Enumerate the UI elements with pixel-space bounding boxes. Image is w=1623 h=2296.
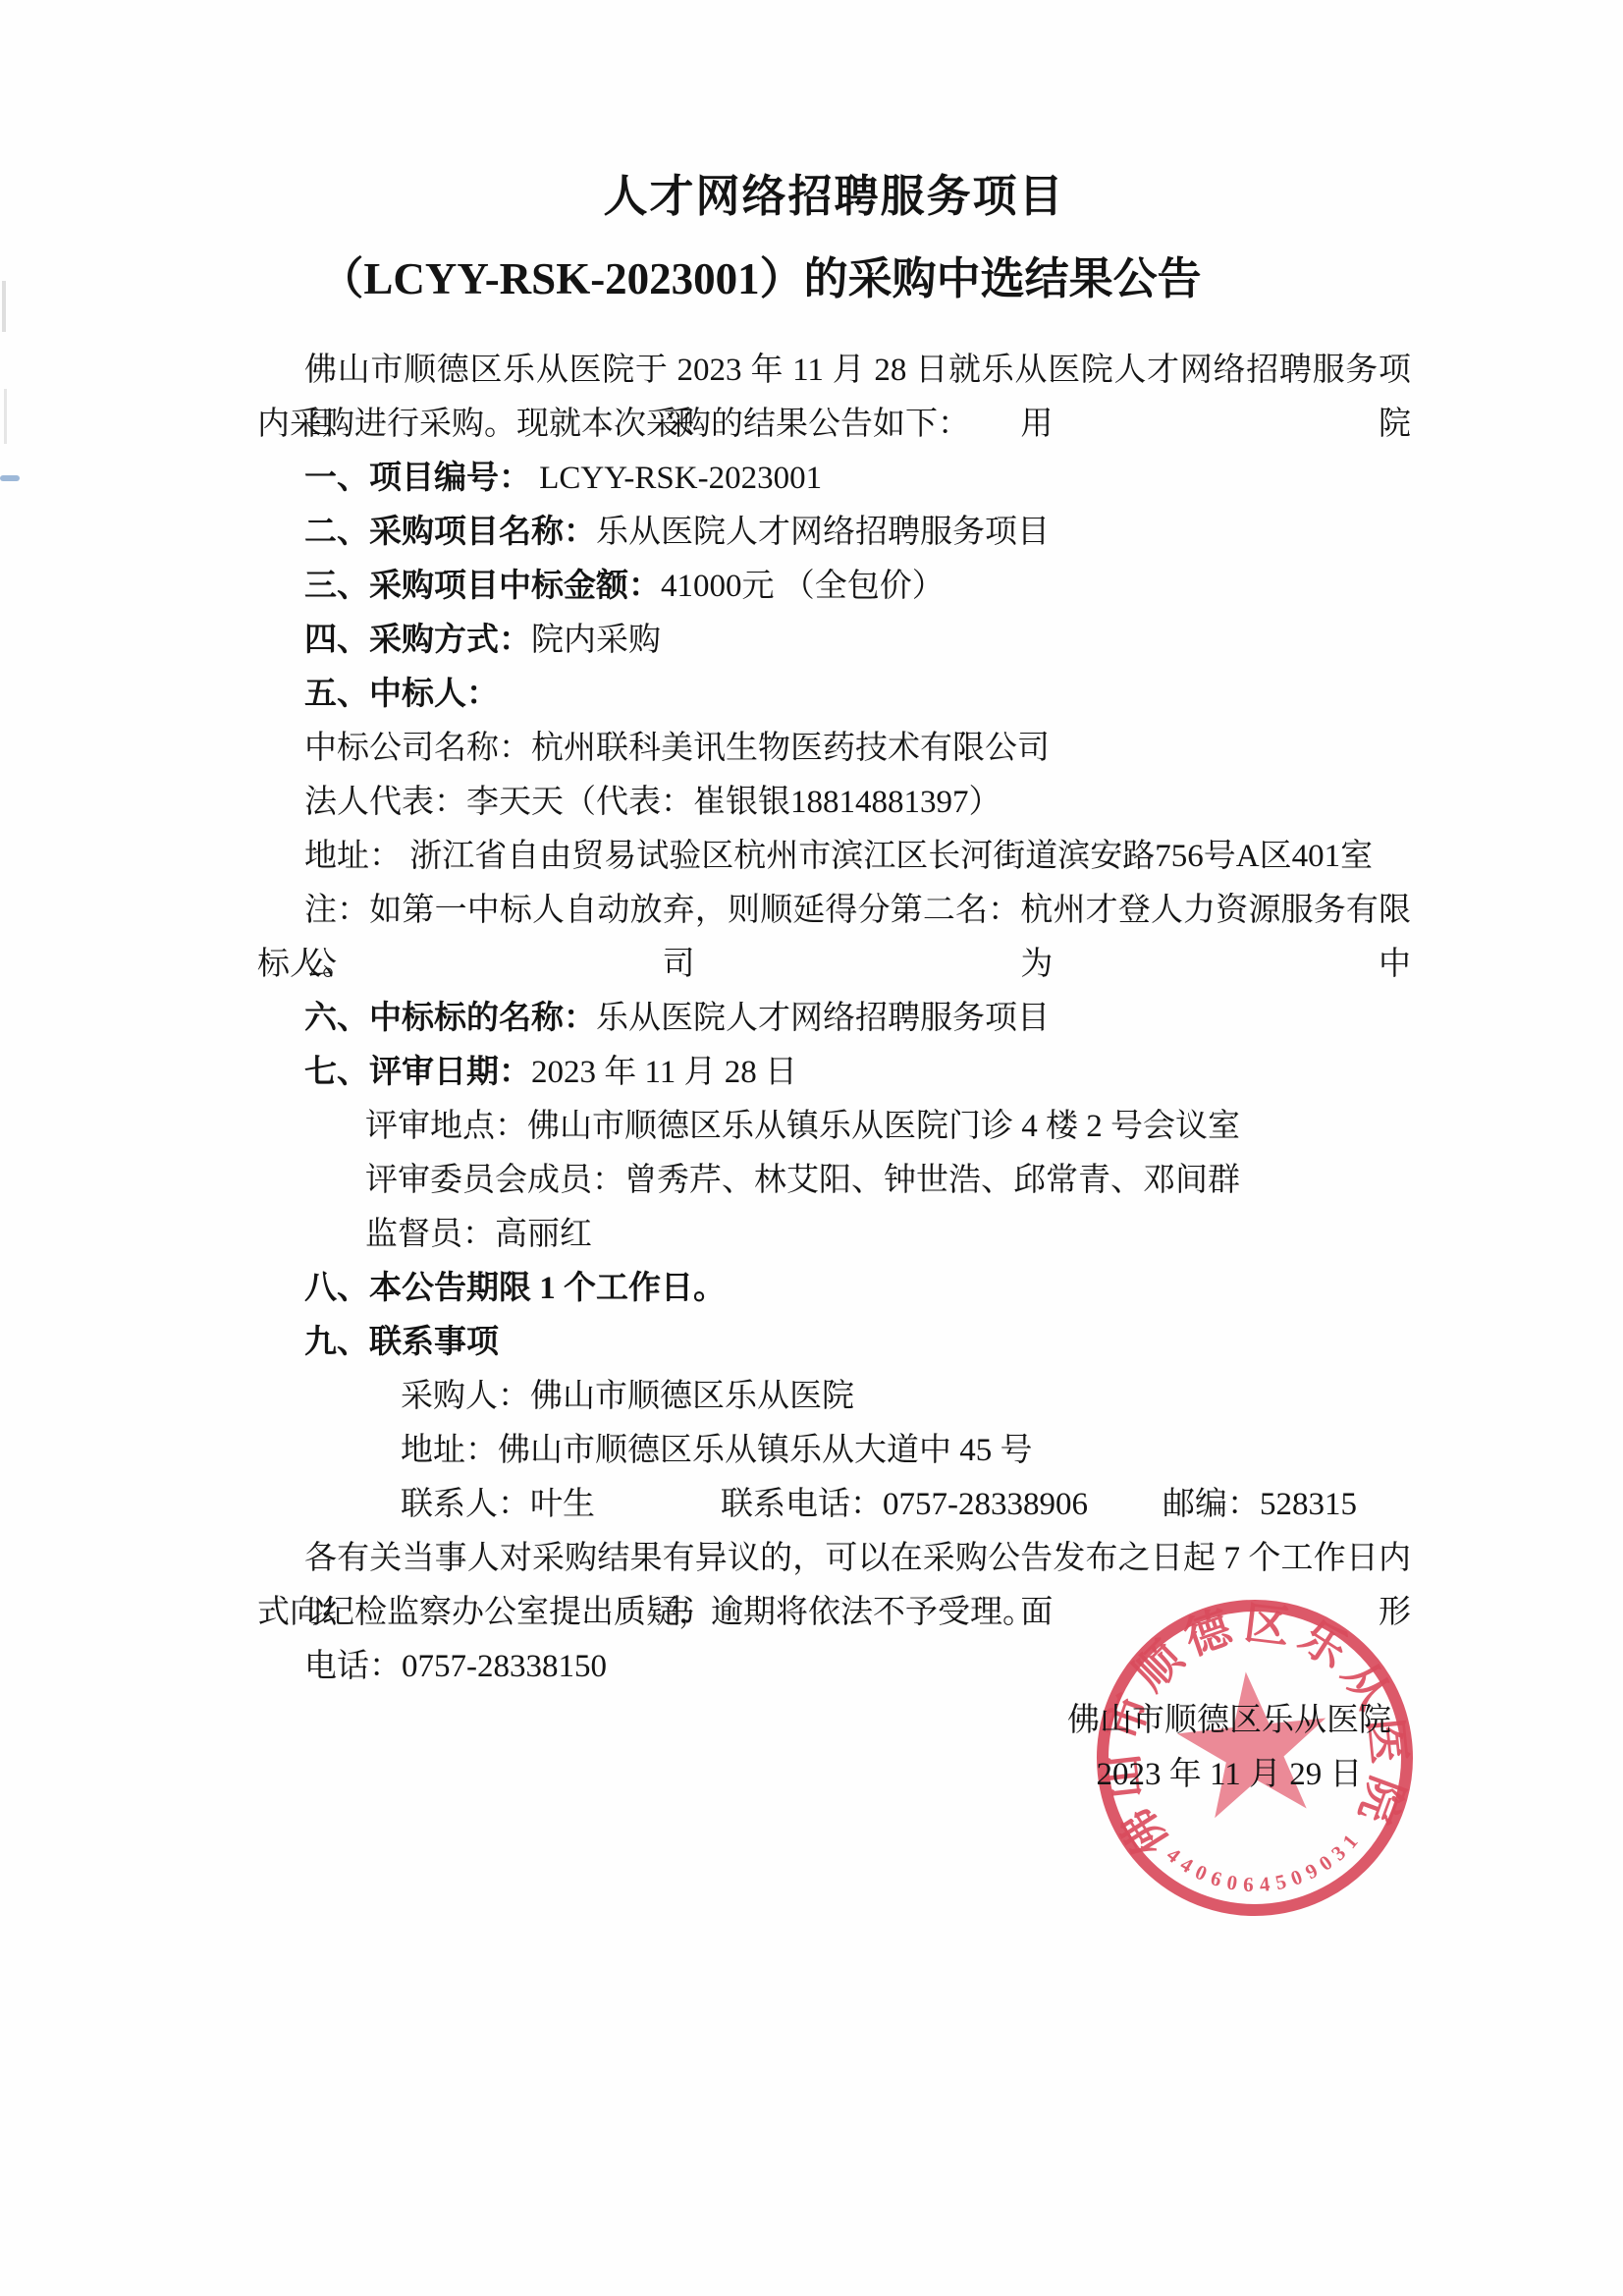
- item-award-subject: 六、中标标的名称：乐从医院人才网络招聘服务项目: [257, 992, 1411, 1046]
- document-body: 人才网络招聘服务项目 （LCYY-RSK-2023001）的采购中选结果公告 佛…: [257, 0, 1411, 1802]
- signature-block: 佛山市顺德区乐从医院 2023 年 11 月 29 日: [1053, 1694, 1406, 1802]
- document-page: 佛山市顺德区乐从医院 4406064509031 人才网络招聘服务项目 （LCY…: [0, 0, 1623, 2296]
- signature-date: 2023 年 11 月 29 日: [1053, 1748, 1406, 1802]
- document-text: 佛山市顺德区乐从医院于 2023 年 11 月 28 日就乐从医院人才网络招聘服…: [257, 344, 1411, 1802]
- supervisor-line: 监督员：高丽红: [257, 1208, 1411, 1262]
- dispute-line: 各有关当事人对采购结果有异议的，可以在采购公告发布之日起 7 个工作日内以书面形: [257, 1532, 1411, 1586]
- text: 注：如第一中标人自动放弃，则顺延得分第二名：杭州才登人力资源服务有限公司为中: [304, 893, 1411, 982]
- text: 监督员：高丽红: [365, 1217, 592, 1252]
- item-value: 乐从医院人才网络招聘服务项目: [596, 515, 1050, 550]
- item-award-amount: 三、采购项目中标金额：41000元 （全包价）: [257, 560, 1411, 614]
- signature-org: 佛山市顺德区乐从医院: [1053, 1694, 1406, 1748]
- text: 中标公司名称：杭州联科美讯生物医药技术有限公司: [304, 731, 1050, 766]
- text: 地址：佛山市顺德区乐从镇乐从大道中 45 号: [401, 1433, 1033, 1468]
- review-committee-line: 评审委员会成员：曾秀芹、林艾阳、钟世浩、邱常青、邓间群: [257, 1154, 1411, 1208]
- item-value: LCYY-RSK-2023001: [531, 461, 822, 496]
- item-review-date: 七、评审日期：2023 年 11 月 28 日: [257, 1046, 1411, 1100]
- item-label: 九、联系事项: [304, 1325, 499, 1360]
- contact-row: 联系人：叶生 联系电话：0757-28338906 邮编：528315: [257, 1478, 1411, 1532]
- item-label: 二、采购项目名称：: [304, 515, 596, 550]
- text: 2023 年 11 月 29 日: [1096, 1757, 1362, 1792]
- item-project-number: 一、项目编号： LCYY-RSK-2023001: [257, 452, 1411, 506]
- scan-artifact: [2, 281, 6, 332]
- item-value: 院内采购: [531, 623, 661, 658]
- purchaser-line: 采购人：佛山市顺德区乐从医院: [257, 1370, 1411, 1424]
- text: 评审地点：佛山市顺德区乐从镇乐从医院门诊 4 楼 2 号会议室: [365, 1109, 1240, 1144]
- item-label: 四、采购方式：: [304, 623, 531, 658]
- item-notice-period: 八、本公告期限 1 个工作日。: [257, 1262, 1411, 1316]
- text: 电话：0757-28338150: [304, 1649, 607, 1684]
- item-label: 八、本公告期限 1 个工作日。: [304, 1271, 726, 1306]
- text: 内采购进行采购。现就本次采购的结果公告如下：: [257, 407, 970, 442]
- item-label: 一、项目编号：: [304, 461, 531, 496]
- item-contact-heading: 九、联系事项: [257, 1316, 1411, 1370]
- document-title-line1: 人才网络招聘服务项目: [257, 169, 1411, 224]
- item-project-name: 二、采购项目名称：乐从医院人才网络招聘服务项目: [257, 506, 1411, 560]
- text: 地址： 浙江省自由贸易试验区杭州市滨江区长河街道滨安路756号A区401室: [304, 839, 1373, 874]
- item-value: 乐从医院人才网络招聘服务项目: [596, 1001, 1050, 1036]
- item-value: 41000元 （全包价）: [661, 569, 945, 604]
- contact-person: 联系人：叶生: [401, 1478, 721, 1532]
- item-label: 七、评审日期：: [304, 1055, 531, 1090]
- item-label: 六、中标标的名称：: [304, 1001, 596, 1036]
- item-value: 2023 年 11 月 28 日: [531, 1055, 797, 1090]
- scan-artifact: [4, 389, 7, 444]
- text: 法人代表：李天天（代表：崔银银18814881397）: [304, 785, 1001, 820]
- item-winner-heading: 五、中标人：: [257, 668, 1411, 722]
- note-line: 注：如第一中标人自动放弃，则顺延得分第二名：杭州才登人力资源服务有限公司为中: [257, 884, 1411, 938]
- contact-postcode: 邮编：528315: [1163, 1478, 1411, 1532]
- winner-address-line: 地址： 浙江省自由贸易试验区杭州市滨江区长河街道滨安路756号A区401室: [257, 830, 1411, 884]
- item-procurement-method: 四、采购方式：院内采购: [257, 614, 1411, 668]
- contact-phone: 联系电话：0757-28338906: [721, 1478, 1163, 1532]
- text: 佛山市顺德区乐从医院: [1067, 1703, 1391, 1738]
- document-title-line2: （LCYY-RSK-2023001）的采购中选结果公告: [184, 251, 1337, 306]
- intro-line: 佛山市顺德区乐从医院于 2023 年 11 月 28 日就乐从医院人才网络招聘服…: [257, 344, 1411, 398]
- text: 采购人：佛山市顺德区乐从医院: [401, 1379, 854, 1414]
- scan-artifact: [0, 475, 20, 481]
- item-label: 三、采购项目中标金额：: [304, 569, 661, 604]
- purchaser-address-line: 地址：佛山市顺德区乐从镇乐从大道中 45 号: [257, 1424, 1411, 1478]
- text: 标人。: [257, 947, 354, 982]
- text: 评审委员会成员：曾秀芹、林艾阳、钟世浩、邱常青、邓间群: [365, 1163, 1240, 1198]
- text: 式向纪检监察办公室提出质疑，逾期将依法不予受理。: [257, 1595, 1035, 1630]
- item-label: 五、中标人：: [304, 677, 499, 712]
- winner-company-line: 中标公司名称：杭州联科美讯生物医药技术有限公司: [257, 722, 1411, 776]
- review-location-line: 评审地点：佛山市顺德区乐从镇乐从医院门诊 4 楼 2 号会议室: [257, 1100, 1411, 1154]
- legal-representative-line: 法人代表：李天天（代表：崔银银18814881397）: [257, 776, 1411, 830]
